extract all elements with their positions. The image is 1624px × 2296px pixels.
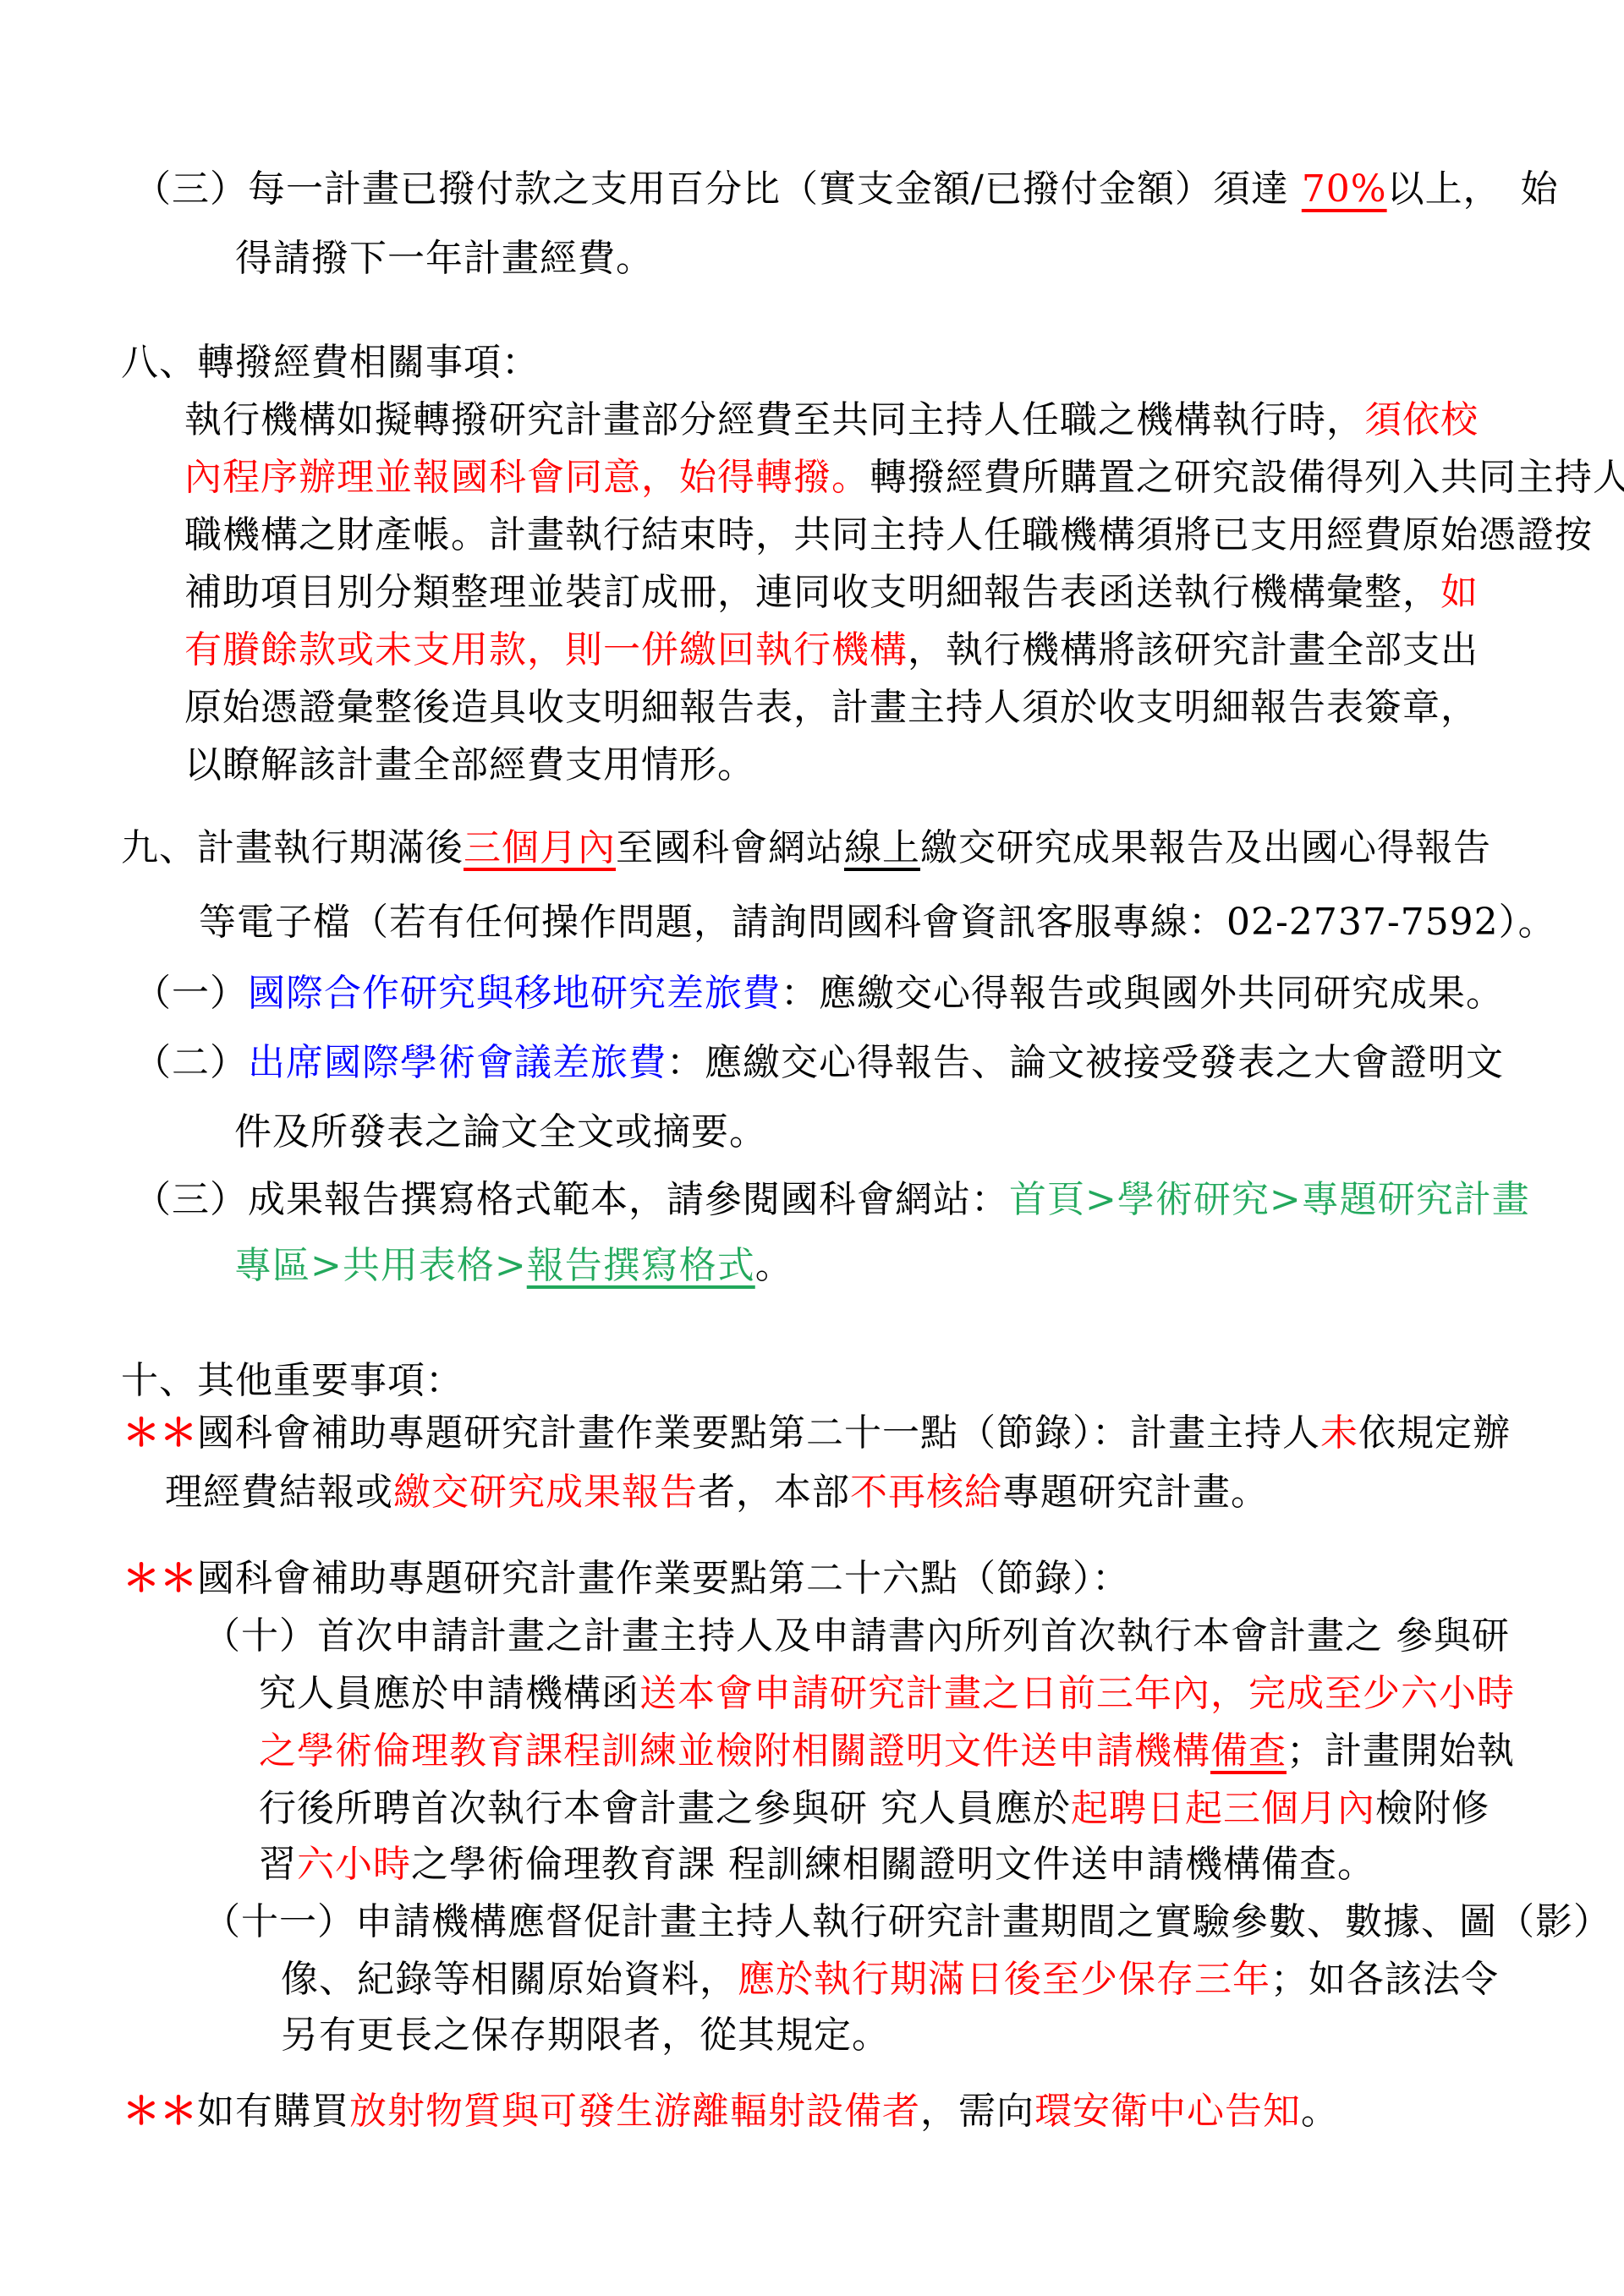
text-segment: 九、計畫執行期滿後 [121, 826, 464, 869]
text-segment: 線上 [844, 826, 920, 869]
asterisk-marker: ＊＊ [123, 2090, 197, 2133]
text-segment: 以上， 始 [1387, 167, 1559, 211]
text-segment: 送本會申請研究計畫之日前三年內，完成至少六小時 [639, 1672, 1515, 1715]
text-segment: 繳交研究成果報告 [393, 1471, 698, 1514]
text-segment: ，需向 [920, 2090, 1034, 2133]
note21-line2: 理經費結報或繳交研究成果報告者，本部不再核給專題研究計畫。 [165, 1468, 1269, 1517]
text-segment: 原始憑證彙整後造具收支明細報告表，計畫主持人須於收支明細報告表簽章， [184, 686, 1479, 729]
text-segment: 八、轉撥經費相關事項： [121, 341, 540, 384]
item3-line2: 得請撥下一年計畫經費。 [235, 234, 654, 283]
text-segment: 檢附修 [1375, 1787, 1490, 1830]
text-segment: 出席國際學術會議差旅費 [248, 1041, 667, 1084]
text-segment: 以瞭解該計畫全部經費支用情形。 [184, 743, 755, 786]
text-segment: 備查 [1210, 1729, 1287, 1773]
section8-heading: 八、轉撥經費相關事項： [121, 338, 540, 387]
text-segment: （十一）申請機構應督促計畫主持人執行研究計畫期間之實驗參數、數據、圖（影） [203, 1900, 1611, 1943]
text-segment: 另有更長之保存期限者，從其規定。 [281, 2014, 890, 2057]
text-segment: 之學術倫理教育課 程訓練相關證明文件送申請機構備查。 [411, 1843, 1375, 1886]
note26-heading: ＊＊國科會補助專題研究計畫作業要點第二十六點（節錄）： [123, 1554, 1130, 1603]
text-segment: 不再核給 [850, 1471, 1002, 1514]
text-segment: 理經費結報或 [165, 1471, 393, 1514]
text-segment: 六小時 [297, 1843, 411, 1886]
section8-body-2: 內程序辦理並報國科會同意，始得轉撥。轉撥經費所購置之研究設備得列入共同主持人任 [184, 453, 1624, 502]
asterisk-marker: ＊＊ [123, 1557, 197, 1600]
section9-item2-line1: （二）出席國際學術會議差旅費：應繳交心得報告、論文被接受發表之大會證明文 [134, 1038, 1504, 1088]
text-segment: 環安衛中心告知 [1034, 2090, 1301, 2133]
section9-heading: 九、計畫執行期滿後三個月內至國科會網站線上繳交研究成果報告及出國心得報告 [121, 824, 1491, 873]
text-segment: 得請撥下一年計畫經費。 [235, 237, 654, 280]
text-segment: 國科會補助專題研究計畫作業要點第二十六點（節錄）： [197, 1557, 1130, 1600]
text-segment: 究人員應於申請機構函 [259, 1672, 639, 1715]
text-segment: 轉撥經費所購置之研究設備得列入共同主持人任 [870, 456, 1624, 499]
note26-item10-line3: 之學術倫理教育課程訓練並檢附相關證明文件送申請機構備查；計畫開始執 [259, 1727, 1515, 1776]
item3-line1: （三）每一計畫已撥付款之支用百分比（實支金額/已撥付金額）須達 70%以上， 始 [134, 165, 1559, 214]
section8-body-3: 職機構之財產帳。計畫執行結束時，共同主持人任職機構須將已支用經費原始憑證按 [184, 511, 1593, 560]
text-segment: 應於執行期滿日後至少保存三年 [738, 1958, 1270, 2001]
text-segment: 放射物質與可發生游離輻射設備者 [349, 2090, 920, 2133]
section9-line2: 等電子檔（若有任何操作問題，請詢問國科會資訊客服專線：02-2737-7592）… [199, 898, 1556, 947]
text-segment: （三）成果報告撰寫格式範本，請參閱國科會網站： [134, 1178, 1009, 1221]
text-segment: 行後所聘首次執行本會計畫之參與研 究人員應於 [259, 1787, 1071, 1830]
text-segment: 十、其他重要事項： [121, 1359, 464, 1402]
note26-item11-line1: （十一）申請機構應督促計畫主持人執行研究計畫期間之實驗參數、數據、圖（影） [203, 1898, 1611, 1947]
text-segment: 內程序辦理並報國科會同意，始得轉撥。 [184, 456, 870, 499]
section10-heading: 十、其他重要事項： [121, 1356, 464, 1406]
text-segment: 等電子檔（若有任何操作問題，請詢問國科會資訊客服專線：02-2737-7592）… [199, 901, 1556, 944]
text-segment: 起聘日起三個月內 [1071, 1787, 1375, 1830]
text-segment: 首頁>學術研究>專題研究計畫 [1009, 1178, 1530, 1221]
section8-body-1: 執行機構如擬轉撥研究計畫部分經費至共同主持人任職之機構執行時，須依校 [184, 396, 1479, 445]
note26-item11-line2: 像、紀錄等相關原始資料，應於執行期滿日後至少保存三年；如各該法令 [281, 1955, 1499, 2004]
text-segment: ；如各該法令 [1270, 1958, 1499, 2001]
text-segment: 有賸餘款或未支用款，則一併繳回執行機構 [184, 628, 908, 671]
text-segment: 須依校 [1364, 398, 1479, 441]
text-segment: 繳交研究成果報告及出國心得報告 [920, 826, 1491, 869]
text-segment: 國科會補助專題研究計畫作業要點第二十一點（節錄）：計畫主持人 [197, 1411, 1320, 1455]
note26-item10-line2: 究人員應於申請機構函送本會申請研究計畫之日前三年內，完成至少六小時 [259, 1669, 1515, 1718]
text-segment: ：應繳交心得報告或與國外共同研究成果。 [781, 972, 1504, 1015]
text-segment: 像、紀錄等相關原始資料， [281, 1958, 738, 2001]
text-segment: 補助項目別分類整理並裝訂成冊，連同收支明細報告表函送執行機構彙整， [184, 571, 1440, 614]
text-segment: 專題研究計畫。 [1002, 1471, 1269, 1514]
note26-item11-line3: 另有更長之保存期限者，從其規定。 [281, 2011, 890, 2060]
text-segment: 未 [1320, 1411, 1358, 1455]
text-segment: 習 [259, 1843, 297, 1886]
section8-body-7: 以瞭解該計畫全部經費支用情形。 [184, 741, 755, 790]
text-segment: 如 [1440, 571, 1479, 614]
text-segment: （十）首次申請計畫之計畫主持人及申請書內所列首次執行本會計畫之 參與研 [203, 1614, 1510, 1658]
text-segment: 職機構之財產帳。計畫執行結束時，共同主持人任職機構須將已支用經費原始憑證按 [184, 513, 1593, 556]
section8-body-4: 補助項目別分類整理並裝訂成冊，連同收支明細報告表函送執行機構彙整，如 [184, 568, 1479, 617]
text-segment: 依規定辦 [1358, 1411, 1511, 1455]
text-segment: 如有購買 [197, 2090, 349, 2133]
asterisk-marker: ＊＊ [123, 1411, 197, 1455]
section9-item3-line2: 專區>共用表格>報告撰寫格式。 [234, 1241, 793, 1290]
text-segment: （二） [134, 1041, 248, 1084]
text-segment: （一） [134, 972, 248, 1015]
text-segment: 報告撰寫格式 [527, 1244, 755, 1287]
text-segment: 者，本部 [698, 1471, 850, 1514]
section8-body-6: 原始憑證彙整後造具收支明細報告表，計畫主持人須於收支明細報告表簽章， [184, 683, 1479, 732]
note21-line1: ＊＊國科會補助專題研究計畫作業要點第二十一點（節錄）：計畫主持人未依規定辦 [123, 1409, 1511, 1458]
text-segment: ；計畫開始執 [1287, 1729, 1515, 1773]
section9-item3-line1: （三）成果報告撰寫格式範本，請參閱國科會網站：首頁>學術研究>專題研究計畫 [134, 1175, 1530, 1225]
section9-item2-line2: 件及所發表之論文全文或摘要。 [234, 1108, 767, 1157]
text-segment: 國際合作研究與移地研究差旅費 [248, 972, 781, 1015]
text-segment: 三個月內 [464, 826, 616, 869]
text-segment: （三）每一計畫已撥付款之支用百分比（實支金額/已撥付金額）須達 [134, 167, 1302, 211]
document-page: （三）每一計畫已撥付款之支用百分比（實支金額/已撥付金額）須達 70%以上， 始… [0, 0, 1624, 2296]
text-segment: 70% [1302, 167, 1387, 211]
text-segment: 件及所發表之論文全文或摘要。 [234, 1110, 767, 1153]
text-segment: 。 [755, 1244, 793, 1287]
text-segment: ，執行機構將該研究計畫全部支出 [908, 628, 1479, 671]
section8-body-5: 有賸餘款或未支用款，則一併繳回執行機構，執行機構將該研究計畫全部支出 [184, 626, 1479, 675]
radiation-note: ＊＊如有購買放射物質與可發生游離輻射設備者，需向環安衛中心告知。 [123, 2087, 1339, 2136]
text-segment: ：應繳交心得報告、論文被接受發表之大會證明文 [667, 1041, 1504, 1084]
note26-item10-line5: 習六小時之學術倫理教育課 程訓練相關證明文件送申請機構備查。 [259, 1840, 1375, 1889]
text-segment: 至國科會網站 [616, 826, 844, 869]
text-segment: 之學術倫理教育課程訓練並檢附相關證明文件送申請機構 [259, 1729, 1210, 1773]
text-segment: 執行機構如擬轉撥研究計畫部分經費至共同主持人任職之機構執行時， [184, 398, 1364, 441]
note26-item10-line1: （十）首次申請計畫之計畫主持人及申請書內所列首次執行本會計畫之 參與研 [203, 1612, 1510, 1661]
text-segment: 專區>共用表格> [234, 1244, 527, 1287]
text-segment: 。 [1301, 2090, 1339, 2133]
note26-item10-line4: 行後所聘首次執行本會計畫之參與研 究人員應於起聘日起三個月內檢附修 [259, 1784, 1490, 1833]
section9-item1: （一）國際合作研究與移地研究差旅費：應繳交心得報告或與國外共同研究成果。 [134, 969, 1504, 1018]
